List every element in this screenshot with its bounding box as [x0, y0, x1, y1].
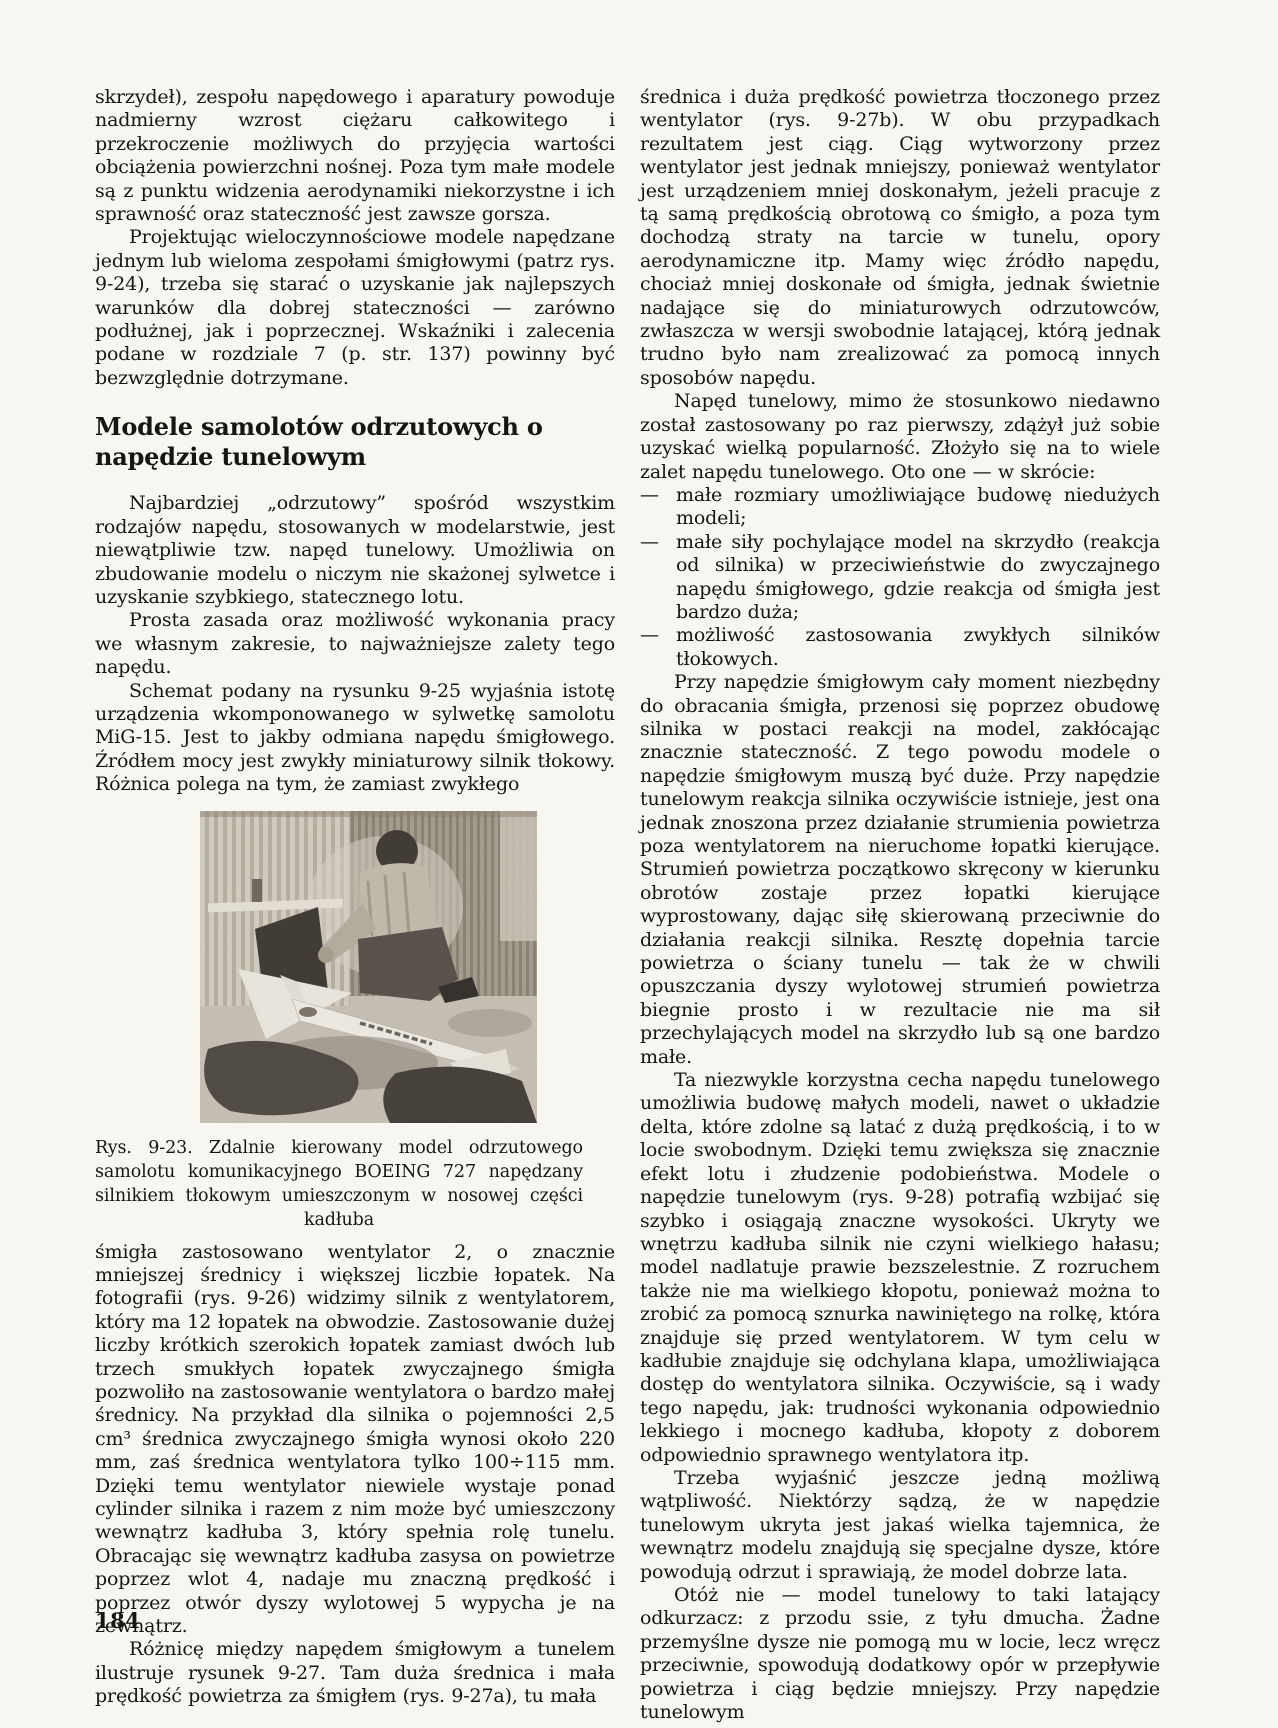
- paragraph: Przy napędzie śmigłowym cały moment niez…: [640, 671, 1160, 1069]
- figure-caption: Rys. 9-23. Zdalnie kierowany model odrzu…: [95, 1136, 583, 1232]
- list-item-text: możliwość zastosowania zwykłych silników…: [676, 624, 1160, 669]
- paragraph: śmigła zastosowano wentylator 2, o znacz…: [95, 1241, 615, 1639]
- photo-illustration: [200, 811, 537, 1123]
- figure-photo: [200, 811, 537, 1123]
- paragraph: Napęd tunelowy, mimo że stosunkowo nieda…: [640, 390, 1160, 484]
- bullet-dash: —: [640, 531, 659, 554]
- paragraph: Prosta zasada oraz możliwość wykonania p…: [95, 609, 615, 679]
- list-item-text: małe rozmiary umożliwiające budowę niedu…: [676, 484, 1160, 529]
- left-column: skrzydeł), zespołu napędowego i aparatur…: [95, 86, 615, 1724]
- photo-grain-overlay: [200, 811, 537, 1123]
- paragraph: Otóż nie — model tunelowy to taki latają…: [640, 1584, 1160, 1724]
- paragraph: Projektując wieloczynnościowe modele nap…: [95, 226, 615, 390]
- page-number: 184: [95, 1608, 140, 1633]
- section-heading: Modele samolotów odrzutowych o napędzie …: [95, 412, 615, 472]
- bullet-dash: —: [640, 484, 659, 507]
- list-item: — możliwość zastosowania zwykłych silnik…: [640, 624, 1160, 671]
- list-item: — małe siły pochylające model na skrzydł…: [640, 531, 1160, 625]
- paragraph: Najbardziej „odrzutowy” spośród wszystki…: [95, 492, 615, 609]
- text-columns: skrzydeł), zespołu napędowego i aparatur…: [95, 86, 1160, 1724]
- paragraph: Różnicę między napędem śmigłowym a tunel…: [95, 1638, 615, 1708]
- figure: Rys. 9-23. Zdalnie kierowany model odrzu…: [95, 811, 615, 1232]
- book-page: skrzydeł), zespołu napędowego i aparatur…: [0, 0, 1278, 1728]
- list-item: — małe rozmiary umożliwiające budowę nie…: [640, 484, 1160, 531]
- right-column: średnica i duża prędkość powietrza tłocz…: [640, 86, 1160, 1724]
- paragraph: Trzeba wyjaśnić jeszcze jedną możliwą wą…: [640, 1467, 1160, 1584]
- bullet-dash: —: [640, 624, 659, 647]
- paragraph: Schemat podany na rysunku 9-25 wyjaśnia …: [95, 680, 615, 797]
- paragraph: skrzydeł), zespołu napędowego i aparatur…: [95, 86, 615, 226]
- list-item-text: małe siły pochylające model na skrzydło …: [676, 531, 1160, 623]
- paragraph: średnica i duża prędkość powietrza tłocz…: [640, 86, 1160, 390]
- paragraph: Ta niezwykle korzystna cecha napędu tune…: [640, 1069, 1160, 1467]
